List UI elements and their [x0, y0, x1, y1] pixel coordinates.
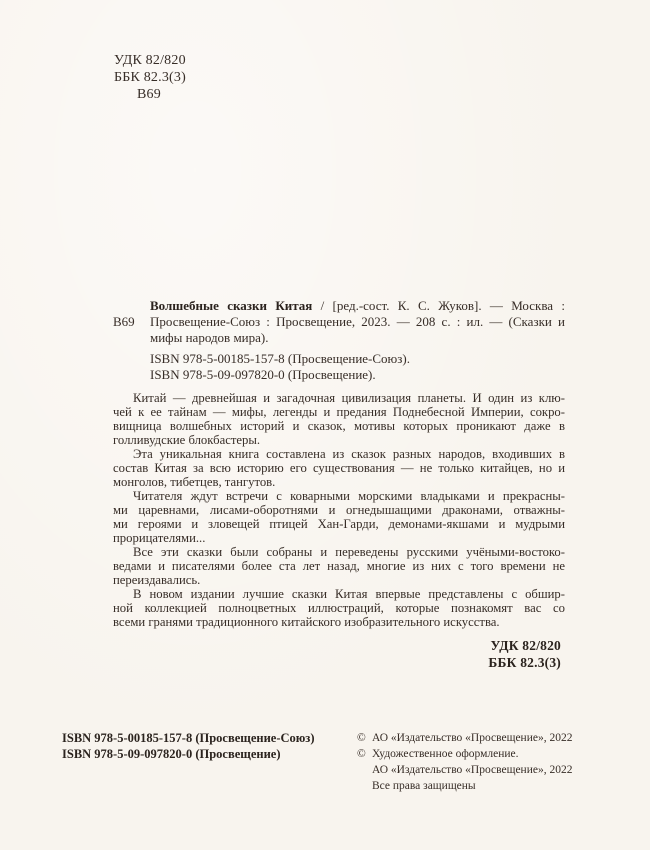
bottom-bbk-code: ББК 82.3(3) [488, 654, 561, 671]
top-classification-codes: УДК 82/820 ББК 82.3(3) В69 [114, 52, 186, 103]
bib-isbn-block: ISBN 978-5-00185-157-8 (Просвещение-Союз… [150, 351, 565, 383]
bottom-classification-codes: УДК 82/820 ББК 82.3(3) [488, 637, 561, 671]
bib-isbn-2: ISBN 978-5-09-097820-0 (Просвещение). [150, 367, 565, 383]
copyright-symbol: © [357, 730, 372, 746]
bib-line-1: Волшебные сказки Китая / [ред.-сост. К. … [150, 298, 565, 314]
book-title: Волшебные сказки Китая [150, 298, 312, 313]
bib-line-1-rest: / [ред.-сост. К. С. Жуков]. — Москва : [312, 298, 565, 313]
annotation-line: Эта уникальная книга составлена из сказо… [113, 447, 565, 461]
bottom-udk-code: УДК 82/820 [488, 637, 561, 654]
annotation-line: ведами и писателями более ста лет назад,… [113, 559, 565, 573]
bibliographic-entry: В69 Волшебные сказки Китая / [ред.-сост.… [113, 298, 565, 383]
bib-line-2: Просвещение-Союз : Просвещение, 2023. — … [150, 314, 565, 330]
book-copyright-page: УДК 82/820 ББК 82.3(3) В69 В69 Волшебные… [0, 0, 650, 850]
annotation-line: голливудские блокбастеры. [113, 433, 565, 447]
copyright-text: АО «Издательство «Просвещение», 2022 [372, 762, 572, 778]
footer-isbn-1: ISBN 978-5-00185-157-8 (Просвещение-Союз… [62, 730, 315, 746]
copyright-line: АО «Издательство «Просвещение», 2022 [357, 762, 572, 778]
author-sign: В69 [114, 86, 186, 103]
udk-code: УДК 82/820 [114, 52, 186, 69]
copyright-symbol [357, 778, 372, 794]
annotation-line: чей к ее тайнам — мифы, легенды и предан… [113, 405, 565, 419]
annotation-line: ми царевнами, лисами-оборотнями и огнеды… [113, 503, 565, 517]
bib-line-3: мифы народов мира). [150, 330, 565, 346]
copyright-text: Все права защищены [372, 778, 476, 794]
annotation-line: Читателя ждут встречи с коварными морски… [113, 489, 565, 503]
annotation-line: ной коллекцией полноцветных иллюстраций,… [113, 601, 565, 615]
annotation-line: переиздавались. [113, 573, 565, 587]
annotation-line: Все эти сказки были собраны и переведены… [113, 545, 565, 559]
annotation-line: состав Китая за всю историю его существо… [113, 461, 565, 475]
bib-isbn-1: ISBN 978-5-00185-157-8 (Просвещение-Союз… [150, 351, 565, 367]
annotation-line: ми героями и зловещей птицей Хан-Гарди, … [113, 517, 565, 531]
annotation-line: прорицателями... [113, 531, 565, 545]
annotation-line: Китай — древнейшая и загадочная цивилиза… [113, 391, 565, 405]
footer-isbn-2: ISBN 978-5-09-097820-0 (Просвещение) [62, 746, 315, 762]
annotation-line: В новом издании лучшие сказки Китая впер… [113, 587, 565, 601]
copyright-text: АО «Издательство «Просвещение», 2022 [372, 730, 572, 746]
copyright-symbol [357, 762, 372, 778]
footer-copyright-block: ©АО «Издательство «Просвещение», 2022©Ху… [357, 730, 572, 794]
annotation-line: монголов, тибетцев, тангутов. [113, 475, 565, 489]
annotation-line: вищница волшебных историй и сказок, моти… [113, 419, 565, 433]
annotation-line: всеми гранями традиционного китайского и… [113, 615, 565, 629]
annotation-text: Китай — древнейшая и загадочная цивилиза… [113, 391, 565, 629]
bib-author-sign: В69 [113, 314, 135, 330]
copyright-line: ©АО «Издательство «Просвещение», 2022 [357, 730, 572, 746]
copyright-symbol: © [357, 746, 372, 762]
copyright-line: Все права защищены [357, 778, 572, 794]
footer-isbn-block: ISBN 978-5-00185-157-8 (Просвещение-Союз… [62, 730, 315, 762]
copyright-line: ©Художественное оформление. [357, 746, 572, 762]
bbk-code: ББК 82.3(3) [114, 69, 186, 86]
copyright-text: Художественное оформление. [372, 746, 519, 762]
